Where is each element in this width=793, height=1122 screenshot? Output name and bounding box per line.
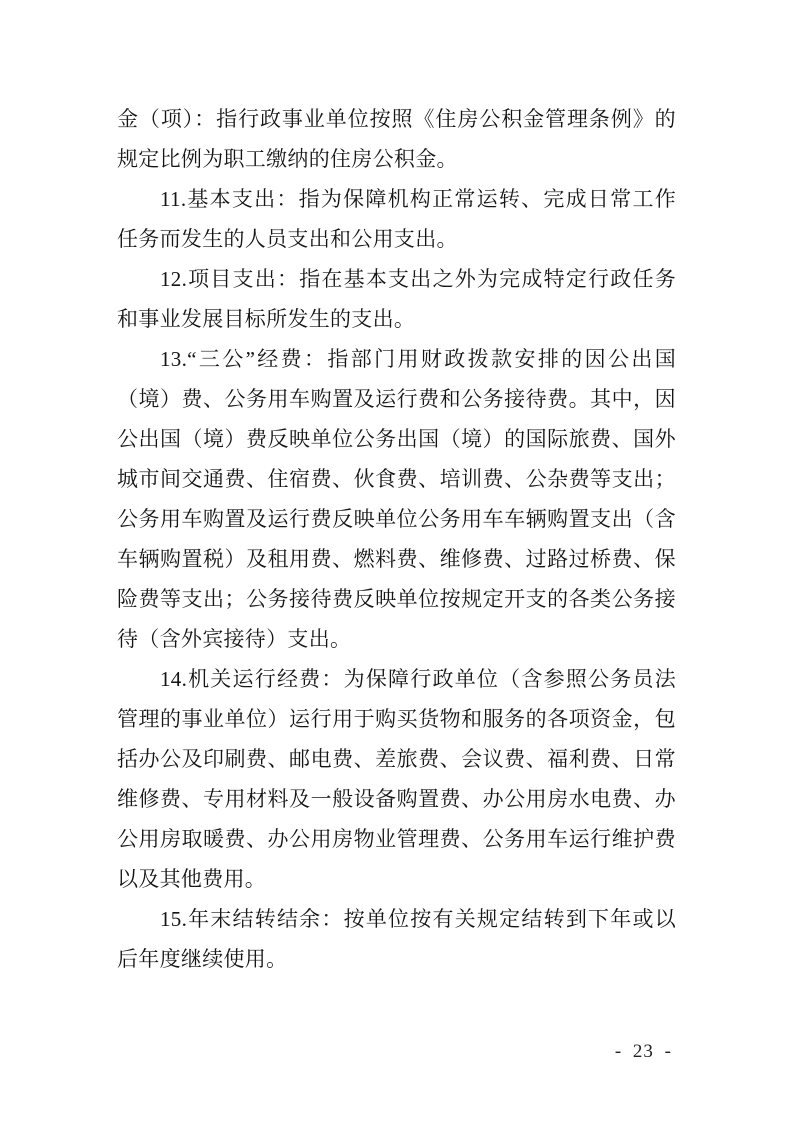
text-line: 12.项目支出：指在基本支出之外为完成特定行政任务	[117, 259, 676, 299]
text-line: 15.年末结转结余：按单位按有关规定结转到下年或以	[117, 899, 676, 939]
text-line: 公用房取暖费、办公用房物业管理费、公务用车运行维护费	[117, 819, 676, 859]
text-line: 险费等支出；公务接待费反映单位按规定开支的各类公务接	[117, 579, 676, 619]
text-line: 公务用车购置及运行费反映单位公务用车车辆购置支出（含	[117, 499, 676, 539]
text-line: 以及其他费用。	[117, 859, 676, 899]
text-line: 城市间交通费、住宿费、伙食费、培训费、公杂费等支出；	[117, 459, 676, 499]
text-line: 金（项）：指行政事业单位按照《住房公积金管理条例》的	[117, 99, 676, 139]
text-line: 维修费、专用材料及一般设备购置费、办公用房水电费、办	[117, 779, 676, 819]
text-line: 公出国（境）费反映单位公务出国（境）的国际旅费、国外	[117, 419, 676, 459]
text-line: 14.机关运行经费：为保障行政单位（含参照公务员法	[117, 659, 676, 699]
text-line: 和事业发展目标所发生的支出。	[117, 299, 676, 339]
text-line: 后年度继续使用。	[117, 939, 676, 979]
text-line: 待（含外宾接待）支出。	[117, 619, 676, 659]
text-line: 车辆购置税）及租用费、燃料费、维修费、过路过桥费、保	[117, 539, 676, 579]
text-line: 规定比例为职工缴纳的住房公积金。	[117, 139, 676, 179]
text-line: 13.“三公”经费：指部门用财政拨款安排的因公出国	[117, 339, 676, 379]
document-page: 金（项）：指行政事业单位按照《住房公积金管理条例》的 规定比例为职工缴纳的住房公…	[0, 0, 793, 1122]
text-line: 管理的事业单位）运行用于购买货物和服务的各项资金，包	[117, 699, 676, 739]
text-line: 括办公及印刷费、邮电费、差旅费、会议费、福利费、日常	[117, 739, 676, 779]
text-line: 任务而发生的人员支出和公用支出。	[117, 219, 676, 259]
document-body: 金（项）：指行政事业单位按照《住房公积金管理条例》的 规定比例为职工缴纳的住房公…	[117, 99, 676, 979]
text-line: （境）费、公务用车购置及运行费和公务接待费。其中，因	[117, 379, 676, 419]
text-line: 11.基本支出：指为保障机构正常运转、完成日常工作	[117, 179, 676, 219]
page-number: - 23 -	[615, 1038, 672, 1066]
